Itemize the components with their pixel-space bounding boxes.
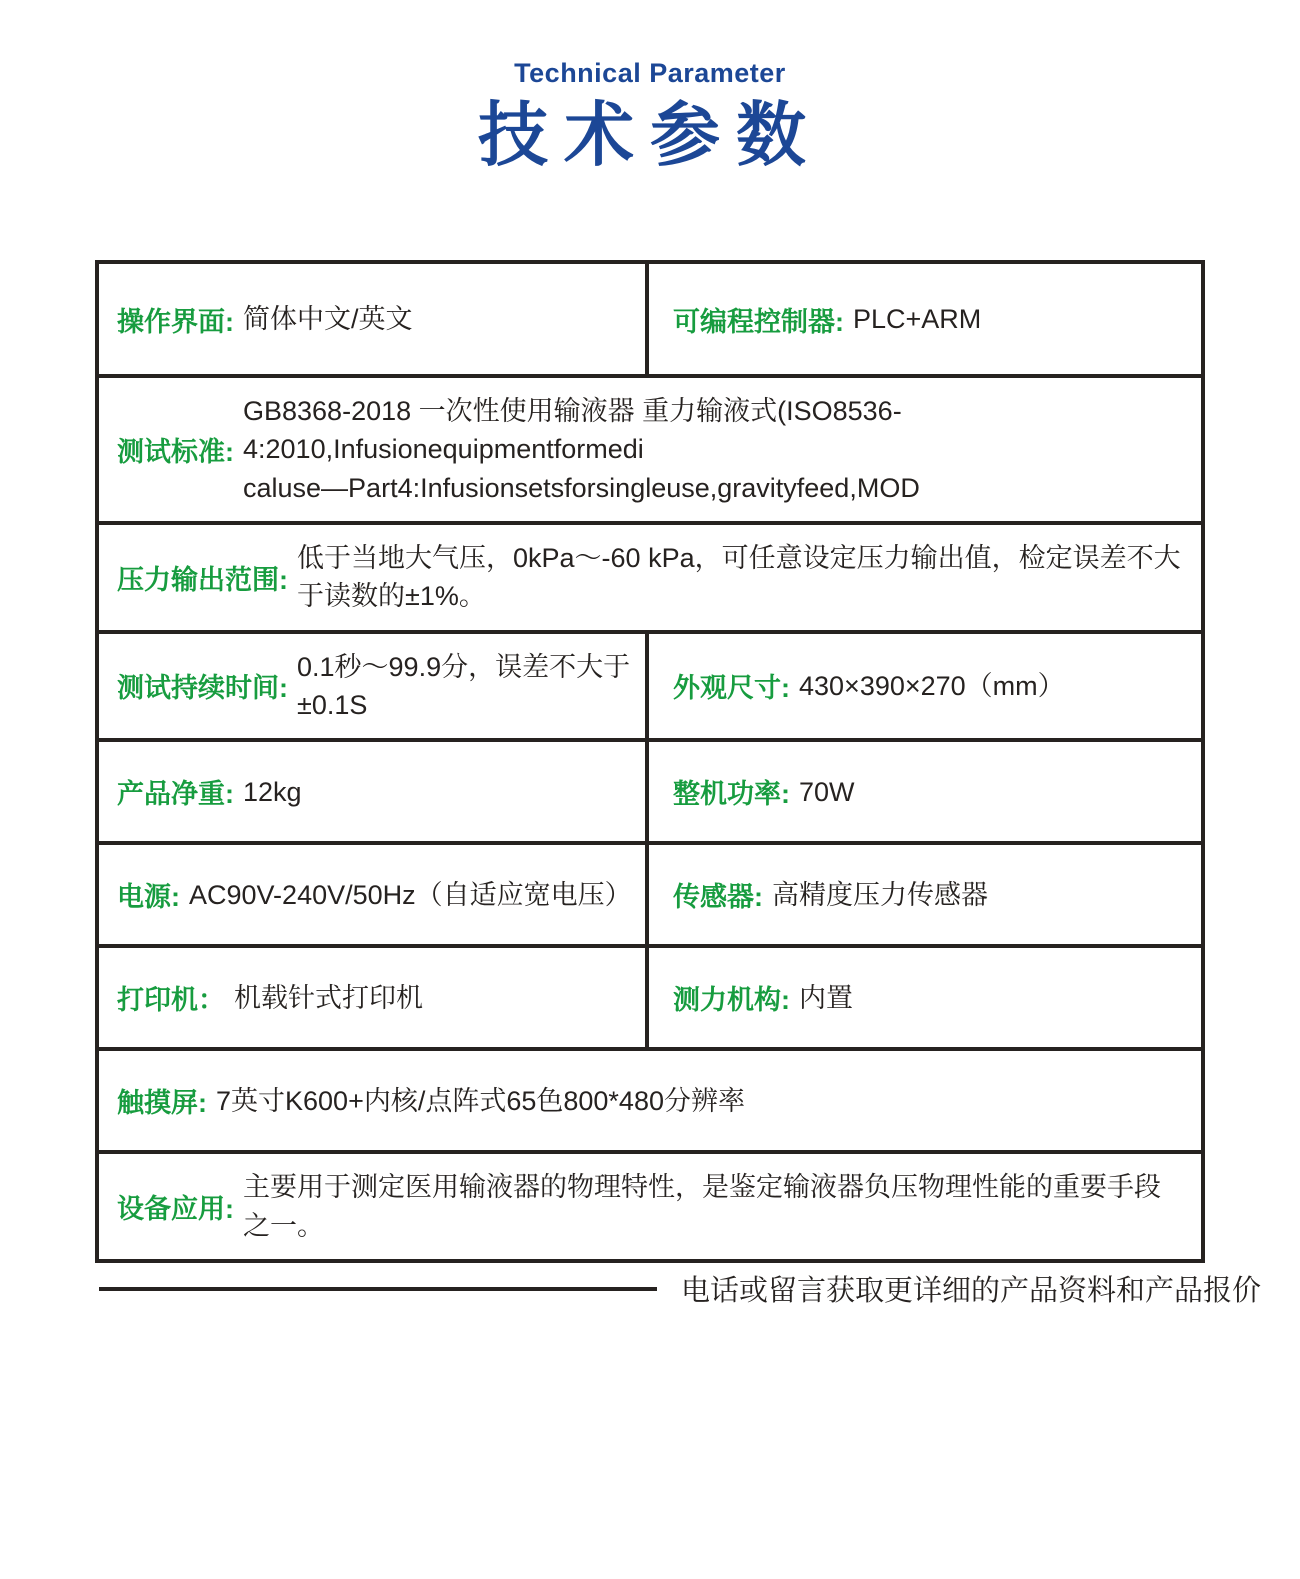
- title-english: Technical Parameter: [0, 58, 1300, 89]
- table-row: 产品净重: 12kg 整机功率: 70W: [99, 738, 1201, 841]
- param-cell-power-supply: 电源: AC90V-240V/50Hz（自适应宽电压）: [99, 845, 645, 944]
- table-row: 操作界面: 简体中文/英文 可编程控制器: PLC+ARM: [99, 264, 1201, 374]
- contact-note: 电话或留言获取更详细的产品资料和产品报价: [681, 1268, 1261, 1309]
- param-cell-device-application: 设备应用: 主要用于测定医用输液器的物理特性，是鉴定输液器负压物理性能的重要手段…: [99, 1154, 1201, 1259]
- param-label: 触摸屏:: [117, 1081, 207, 1120]
- divider-line: [99, 1287, 657, 1291]
- table-row: 触摸屏: 7英寸K600+内核/点阵式65色800*480分辨率: [99, 1047, 1201, 1150]
- param-cell-programmable-controller: 可编程控制器: PLC+ARM: [645, 264, 1201, 374]
- param-label: 整机功率:: [673, 772, 790, 811]
- param-label: 产品净重:: [117, 772, 234, 811]
- param-cell-dimensions: 外观尺寸: 430×390×270（mm）: [645, 634, 1201, 739]
- param-value: AC90V-240V/50Hz（自适应宽电压）: [189, 876, 631, 914]
- page-title: 技术参数: [0, 97, 1300, 174]
- param-cell-force-mechanism: 测力机构: 内置: [645, 948, 1201, 1047]
- param-value: PLC+ARM: [853, 300, 981, 338]
- table-row: 压力输出范围: 低于当地大气压，0kPa～-60 kPa，可任意设定压力输出值，…: [99, 521, 1201, 630]
- param-value: 内置: [799, 979, 853, 1017]
- param-value: 主要用于测定医用输液器的物理特性，是鉴定输液器负压物理性能的重要手段之一。: [243, 1168, 1187, 1245]
- param-value: 低于当地大气压，0kPa～-60 kPa，可任意设定压力输出值，检定误差不大于读…: [297, 539, 1187, 616]
- param-label: 打印机：: [117, 978, 225, 1017]
- param-label: 测力机构:: [673, 978, 790, 1017]
- page: Technical Parameter 技术参数 操作界面: 简体中文/英文 可…: [0, 0, 1300, 1579]
- spec-table: 操作界面: 简体中文/英文 可编程控制器: PLC+ARM 测试标准: GB83…: [95, 260, 1205, 1263]
- param-value: 简体中文/英文: [243, 300, 413, 338]
- param-cell-operation-interface: 操作界面: 简体中文/英文: [99, 264, 645, 374]
- param-cell-pressure-output-range: 压力输出范围: 低于当地大气压，0kPa～-60 kPa，可任意设定压力输出值，…: [99, 525, 1201, 630]
- param-cell-touch-screen: 触摸屏: 7英寸K600+内核/点阵式65色800*480分辨率: [99, 1051, 1201, 1150]
- param-value: 70W: [799, 773, 855, 811]
- table-row: 测试标准: GB8368-2018 一次性使用输液器 重力输液式(ISO8536…: [99, 374, 1201, 521]
- param-label: 测试持续时间:: [117, 666, 288, 705]
- param-cell-sensor: 传感器: 高精度压力传感器: [645, 845, 1201, 944]
- param-cell-test-duration: 测试持续时间: 0.1秒～99.9分，误差不大于±0.1S: [99, 634, 645, 739]
- table-row: 打印机： 机载针式打印机 测力机构: 内置: [99, 944, 1201, 1047]
- param-label: 测试标准:: [117, 430, 234, 469]
- param-label: 传感器:: [673, 875, 763, 914]
- param-value: 0.1秒～99.9分，误差不大于±0.1S: [297, 648, 631, 725]
- param-label: 设备应用:: [117, 1187, 234, 1226]
- param-value: GB8368-2018 一次性使用输液器 重力输液式(ISO8536-4:201…: [243, 392, 1187, 507]
- param-cell-test-standard: 测试标准: GB8368-2018 一次性使用输液器 重力输液式(ISO8536…: [99, 378, 1201, 521]
- param-label: 外观尺寸:: [673, 666, 790, 705]
- header: Technical Parameter 技术参数: [0, 58, 1300, 174]
- param-label: 操作界面:: [117, 300, 234, 339]
- table-row: 测试持续时间: 0.1秒～99.9分，误差不大于±0.1S 外观尺寸: 430×…: [99, 630, 1201, 739]
- param-label: 可编程控制器:: [673, 300, 844, 339]
- param-cell-printer: 打印机： 机载针式打印机: [99, 948, 645, 1047]
- table-row: 电源: AC90V-240V/50Hz（自适应宽电压） 传感器: 高精度压力传感…: [99, 841, 1201, 944]
- param-value: 430×390×270（mm）: [799, 667, 1065, 705]
- footer: 电话或留言获取更详细的产品资料和产品报价: [0, 1268, 1300, 1309]
- param-cell-net-weight: 产品净重: 12kg: [99, 742, 645, 841]
- param-value: 12kg: [243, 773, 302, 811]
- param-cell-total-power: 整机功率: 70W: [645, 742, 1201, 841]
- param-label: 压力输出范围:: [117, 558, 288, 597]
- param-value: 机载针式打印机: [234, 979, 423, 1017]
- table-row: 设备应用: 主要用于测定医用输液器的物理特性，是鉴定输液器负压物理性能的重要手段…: [99, 1150, 1201, 1259]
- param-label: 电源:: [117, 875, 180, 914]
- param-value: 高精度压力传感器: [772, 876, 988, 914]
- param-value: 7英寸K600+内核/点阵式65色800*480分辨率: [216, 1082, 745, 1120]
